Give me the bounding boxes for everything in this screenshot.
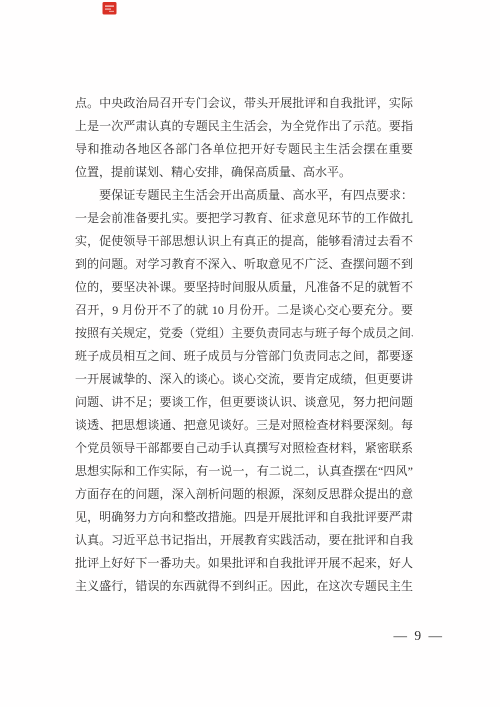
text-line: 谈透、把思想谈通、把意见谈好。三是对照检查材料要深刻。每: [75, 414, 413, 437]
scanned-document-page: 点。中央政治局召开专门会议，带头开展批评和自我批评，实际上是一次严肃认真的专题民…: [0, 0, 500, 707]
text-line: 召开，9 月份开不了的就 10 月份开。二是谈心交心要充分。要: [75, 299, 413, 322]
text-line: 位的，要坚决补课。要坚持时间服从质量，凡准备不足的就暂不: [75, 276, 413, 299]
text-line: 上是一次严肃认真的专题民主生活会，为全党作出了示范。要指: [75, 115, 413, 138]
document-body-text: 点。中央政治局召开专门会议，带头开展批评和自我批评，实际上是一次严肃认真的专题民…: [75, 92, 413, 598]
text-line: 主义盛行，错误的东西就得不到纠正。因此，在这次专题民主生: [75, 575, 413, 598]
text-line: 要保证专题民主生活会开出高质量、高水平，有四点要求：: [75, 184, 413, 207]
text-line: 按照有关规定，党委（党组）主要负责同志与班子每个成员之间、: [75, 322, 413, 345]
text-line: 批评上好好下一番功夫。如果批评和自我批评开展不起来，好人: [75, 552, 413, 575]
page-number: — 9 —: [394, 628, 445, 644]
text-line: 导和推动各地区各部门各单位把开好专题民主生活会摆在重要: [75, 138, 413, 161]
text-line: 认真。习近平总书记指出，开展教育实践活动，要在批评和自我: [75, 529, 413, 552]
text-line: 一开展诚挚的、深入的谈心。谈心交流，要肯定成绩，但更要讲: [75, 368, 413, 391]
text-line: 到的问题。对学习教育不深入、听取意见不广泛、查摆问题不到: [75, 253, 413, 276]
text-line: 点。中央政治局召开专门会议，带头开展批评和自我批评，实际: [75, 92, 413, 115]
text-line: 位置，提前谋划、精心安排，确保高质量、高水平。: [75, 161, 413, 184]
text-line: 班子成员相互之间、班子成员与分管部门负责同志之间，都要逐: [75, 345, 413, 368]
text-line: 实，促使领导干部思想认识上有真正的提高，能够看清过去看不: [75, 230, 413, 253]
text-line: 见，明确努力方向和整改措施。四是开展批评和自我批评要严肃: [75, 506, 413, 529]
text-line: 思想实际和工作实际，有一说一，有二说二，认真查摆在“四风”: [75, 460, 413, 483]
text-line: 方面存在的问题，深入剖析问题的根源，深刻反思群众提出的意: [75, 483, 413, 506]
text-line: 一是会前准备要扎实。要把学习教育、征求意见环节的工作做扎: [75, 207, 413, 230]
red-stamp-fragment-icon: [102, 2, 117, 15]
text-line: 问题、讲不足；要谈工作，但更要谈认识、谈意见，努力把问题: [75, 391, 413, 414]
text-line: 个党员领导干部都要自己动手认真撰写对照检查材料，紧密联系: [75, 437, 413, 460]
